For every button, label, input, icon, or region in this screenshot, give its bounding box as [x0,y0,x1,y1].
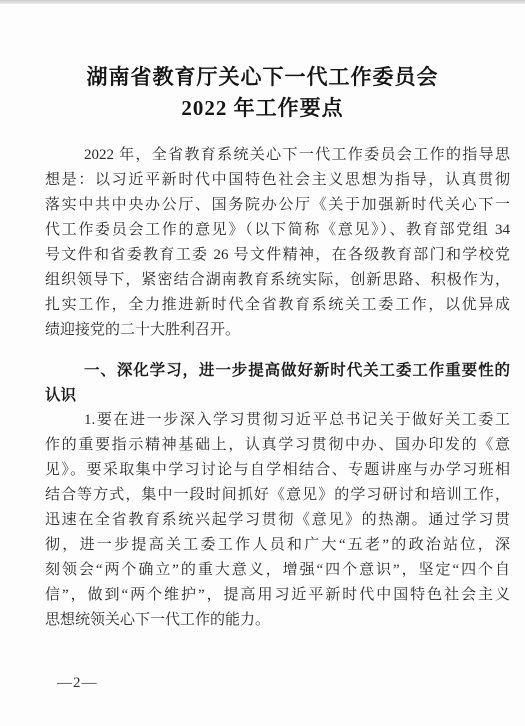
document-title: 湖南省教育厅关心下一代工作委员会 2022 年工作要点 [0,0,525,124]
paragraph-line: 彻，进一步提高关工委工作人员和广大“五老”的政治站位，深 [45,533,510,558]
section-heading-line: 认识 [45,383,510,408]
paragraph: 1.要在进一步深入学习贯彻习近平总书记关于做好关工委工作的重要指示精神基础上，认… [45,408,510,633]
paragraph-line: 绩迎接党的二十大胜利召开。 [45,318,510,343]
paragraph-line: 组织领导下，紧密结合湖南教育系统实际，创新思路、积极作为， [45,268,510,293]
section-heading-line: 一、深化学习，进一步提高做好新时代关工委工作重要性的 [45,358,510,383]
paragraph-line: 作的重要指示精神基础上，认真学习贯彻中办、国办印发的《意 [45,433,510,458]
paragraph-line: 代工作委员会工作的意见》（以下简称《意见》）、教育部党组 34 [45,218,510,243]
paragraph: 2022 年，全省教育系统关心下一代工作委员会工作的指导思想是：以习近平新时代中… [45,143,510,343]
paragraph-line: 见》。要采取集中学习讨论与自学相结合、专题讲座与办学习班相 [45,458,510,483]
paragraph-line: 1.要在进一步深入学习贯彻习近平总书记关于做好关工委工 [45,408,510,433]
paragraph-line: 信”，做到“两个维护”，提高用习近平新时代中国特色社会主义 [45,583,510,608]
page-number: —2— [57,675,98,692]
scanned-document-page: 湖南省教育厅关心下一代工作委员会 2022 年工作要点 2022 年，全省教育系… [0,0,525,726]
paragraph-line: 2022 年，全省教育系统关心下一代工作委员会工作的指导思 [45,143,510,168]
paragraph-line: 迅速在全省教育系统兴起学习贯彻《意见》的热潮。通过学习贯 [45,508,510,533]
paragraph-line: 落实中共中央办公厅、国务院办公厅《关于加强新时代关心下一 [45,193,510,218]
section-heading: 一、深化学习，进一步提高做好新时代关工委工作重要性的认识 [45,358,510,408]
document-body: 2022 年，全省教育系统关心下一代工作委员会工作的指导思想是：以习近平新时代中… [45,143,510,633]
paragraph-line: 扎实工作，全力推进新时代全省教育系统关工委工作，以优异成 [45,293,510,318]
paragraph-line: 想是：以习近平新时代中国特色社会主义思想为指导，认真贯彻 [45,168,510,193]
paragraph-line: 结合等方式，集中一段时间抓好《意见》的学习研讨和培训工作， [45,483,510,508]
document-title-line-2: 2022 年工作要点 [0,93,525,124]
paragraph-line: 刻领会“两个确立”的重大意义，增强“四个意识”，坚定“四个自 [45,558,510,583]
document-title-line-1: 湖南省教育厅关心下一代工作委员会 [0,62,525,93]
scan-edge-artifact [0,0,525,4]
paragraph-line: 思想统领关心下一代工作的能力。 [45,608,510,633]
paragraph-line: 号文件和省委教育工委 26 号文件精神，在各级教育部门和学校党 [45,243,510,268]
